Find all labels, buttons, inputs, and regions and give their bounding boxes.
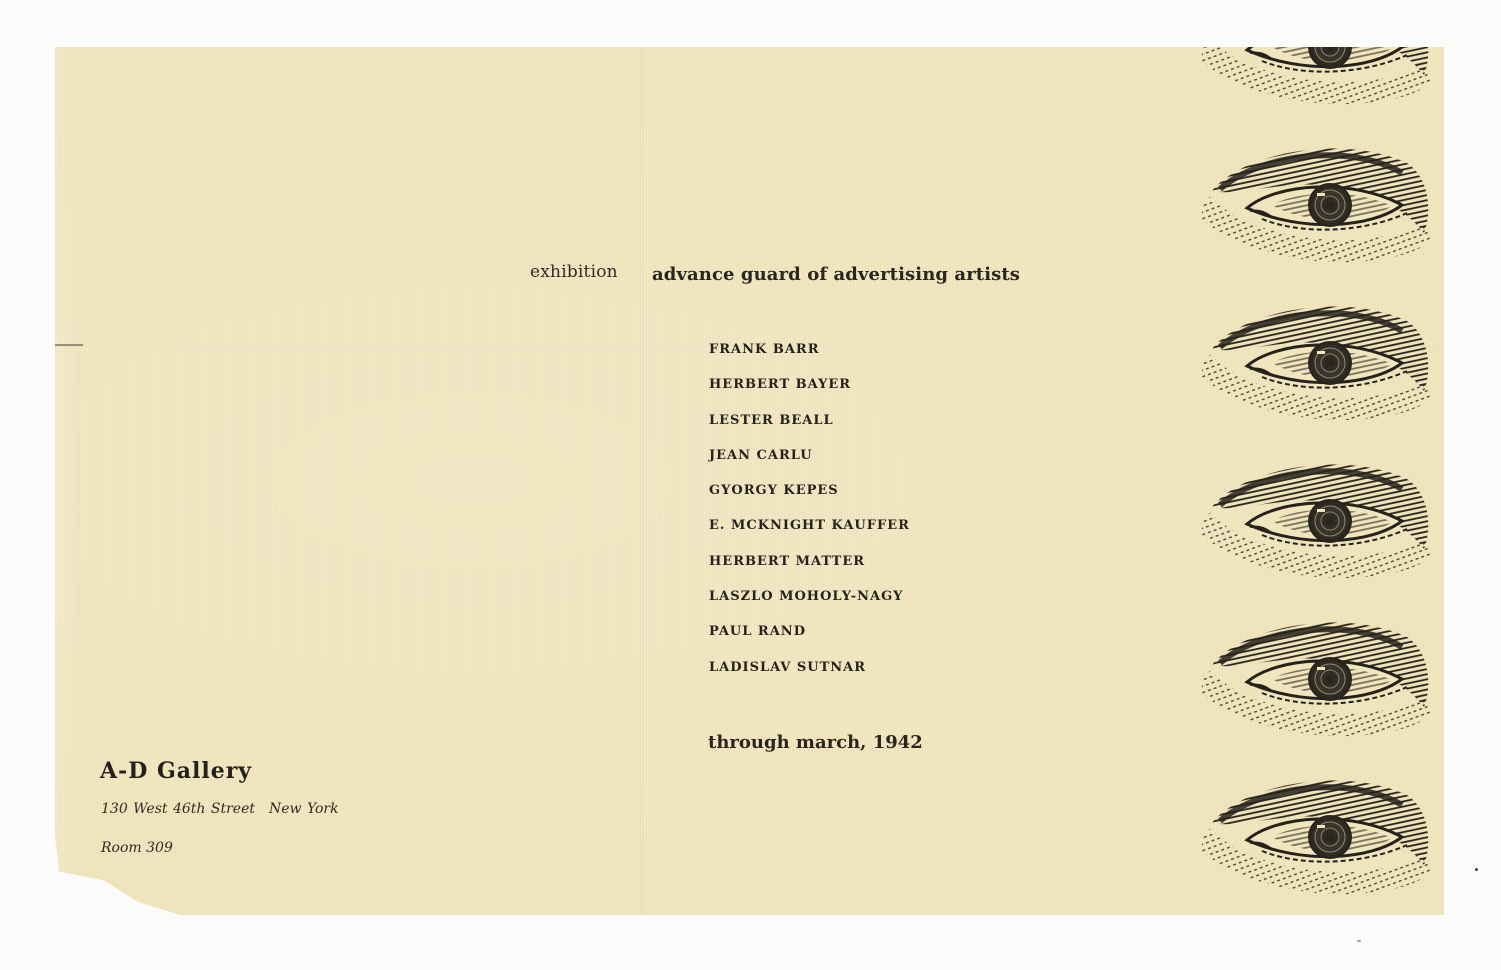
gallery-address: 130 West 46th StreetNew York — [101, 801, 339, 817]
street-address: 130 West 46th Street — [101, 801, 255, 817]
artist-name: E. McKNIGHT KAUFFER — [709, 516, 910, 551]
artist-list: FRANK BARR HERBERT BAYER LESTER BEALL JE… — [709, 340, 910, 693]
engraved-eye-icon — [1202, 291, 1432, 421]
city: New York — [269, 801, 339, 817]
exhibition-title: advance guard of advertising artists — [652, 264, 1020, 285]
room-number: Room 309 — [101, 840, 173, 856]
dust-speck — [1357, 940, 1361, 942]
exhibition-dates: through march, 1942 — [708, 732, 923, 753]
engraved-eye-icon — [1202, 607, 1432, 737]
artist-name: LASZLO MOHOLY-NAGY — [709, 587, 910, 622]
artist-name: JEAN CARLU — [709, 446, 910, 481]
artist-name: GYORGY KEPES — [709, 481, 910, 516]
artist-name: LESTER BEALL — [709, 411, 910, 446]
artist-name: HERBERT MATTER — [709, 552, 910, 587]
artist-name: FRANK BARR — [709, 340, 910, 375]
artist-name: HERBERT BAYER — [709, 375, 910, 410]
artist-name: LADISLAV SUTNAR — [709, 658, 910, 693]
exhibition-label: exhibition — [530, 262, 618, 282]
edge-nick-mark — [55, 344, 83, 346]
eye-illustration-column — [1198, 47, 1444, 915]
engraved-eye-icon — [1202, 765, 1432, 895]
vertical-fold-crease — [640, 47, 643, 915]
gallery-name: A-D Gallery — [100, 758, 252, 784]
engraved-eye-icon — [1202, 449, 1432, 579]
artist-name: PAUL RAND — [709, 622, 910, 657]
engraved-eye-icon — [1202, 133, 1432, 263]
engraved-eye-icon — [1202, 47, 1432, 105]
dust-speck — [1475, 868, 1478, 871]
